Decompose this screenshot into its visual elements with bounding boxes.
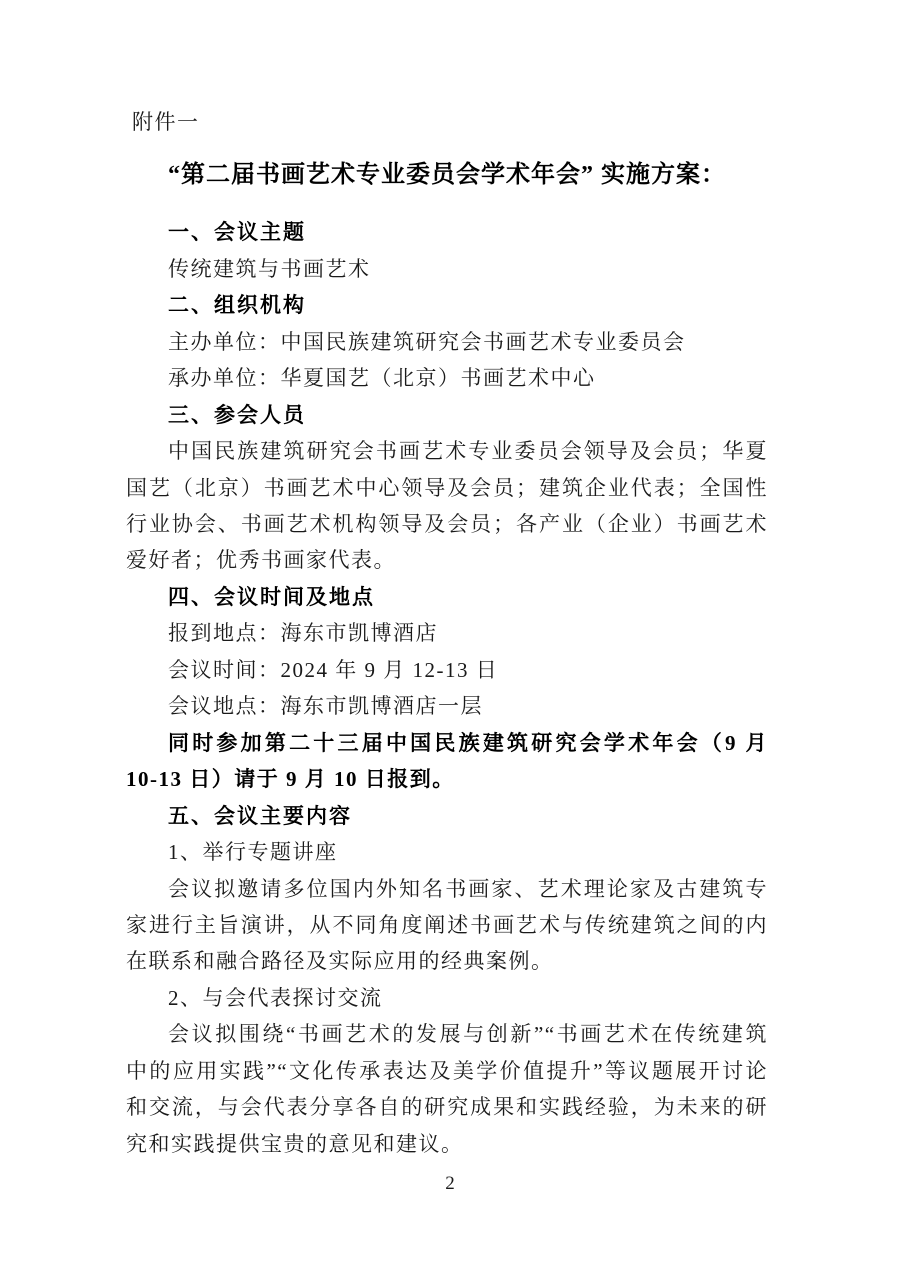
document-line: 中国民族建筑研究会书画艺术专业委员会领导及会员；华夏 [126,433,768,469]
document-line: 主办单位：中国民族建筑研究会书画艺术专业委员会 [126,324,768,360]
section-heading: 五、会议主要内容 [126,798,768,834]
document-line: 中的应用实践”“文化传承表达及美学价值提升”等议题展开讨论 [126,1053,768,1089]
document-line: 2、与会代表探讨交流 [126,980,768,1016]
document-line: 承办单位：华夏国艺（北京）书画艺术中心 [126,360,768,396]
document-line: 会议拟围绕“书画艺术的发展与创新”“书画艺术在传统建筑 [126,1016,768,1052]
document-line: 在联系和融合路径及实际应用的经典案例。 [126,943,768,979]
document-line: 传统建筑与书画艺术 [126,251,768,287]
section-heading: 一、会议主题 [126,214,768,250]
document-line: 国艺（北京）书画艺术中心领导及会员；建筑企业代表；全国性 [126,470,768,506]
document-body: 一、会议主题传统建筑与书画艺术二、组织机构主办单位：中国民族建筑研究会书画艺术专… [126,214,768,1162]
section-heading: 二、组织机构 [126,287,768,323]
document-line: 会议时间：2024 年 9 月 12-13 日 [126,652,768,688]
section-heading: 四、会议时间及地点 [126,579,768,615]
document-line: 同时参加第二十三届中国民族建筑研究会学术年会（9 月 [126,725,768,761]
attachment-label: 附件一 [126,104,768,140]
document-line: 家进行主旨演讲，从不同角度阐述书画艺术与传统建筑之间的内 [126,907,768,943]
document-line: 和交流，与会代表分享各自的研究成果和实践经验，为未来的研 [126,1089,768,1125]
document-line: 会议地点：海东市凯博酒店一层 [126,688,768,724]
document-line: 报到地点：海东市凯博酒店 [126,615,768,651]
page-number: 2 [0,1172,900,1196]
document-line: 10-13 日）请于 9 月 10 日报到。 [126,761,768,797]
document-page: 附件一 “第二届书画艺术专业委员会学术年会” 实施方案： 一、会议主题传统建筑与… [0,0,900,1273]
document-line: 1、举行专题讲座 [126,834,768,870]
document-line: 行业协会、书画艺术机构领导及会员；各产业（企业）书画艺术 [126,506,768,542]
document-line: 会议拟邀请多位国内外知名书画家、艺术理论家及古建筑专 [126,871,768,907]
section-heading: 三、参会人员 [126,397,768,433]
document-title: “第二届书画艺术专业委员会学术年会” 实施方案： [126,152,768,198]
document-line: 究和实践提供宝贵的意见和建议。 [126,1126,768,1162]
document-line: 爱好者；优秀书画家代表。 [126,542,768,578]
